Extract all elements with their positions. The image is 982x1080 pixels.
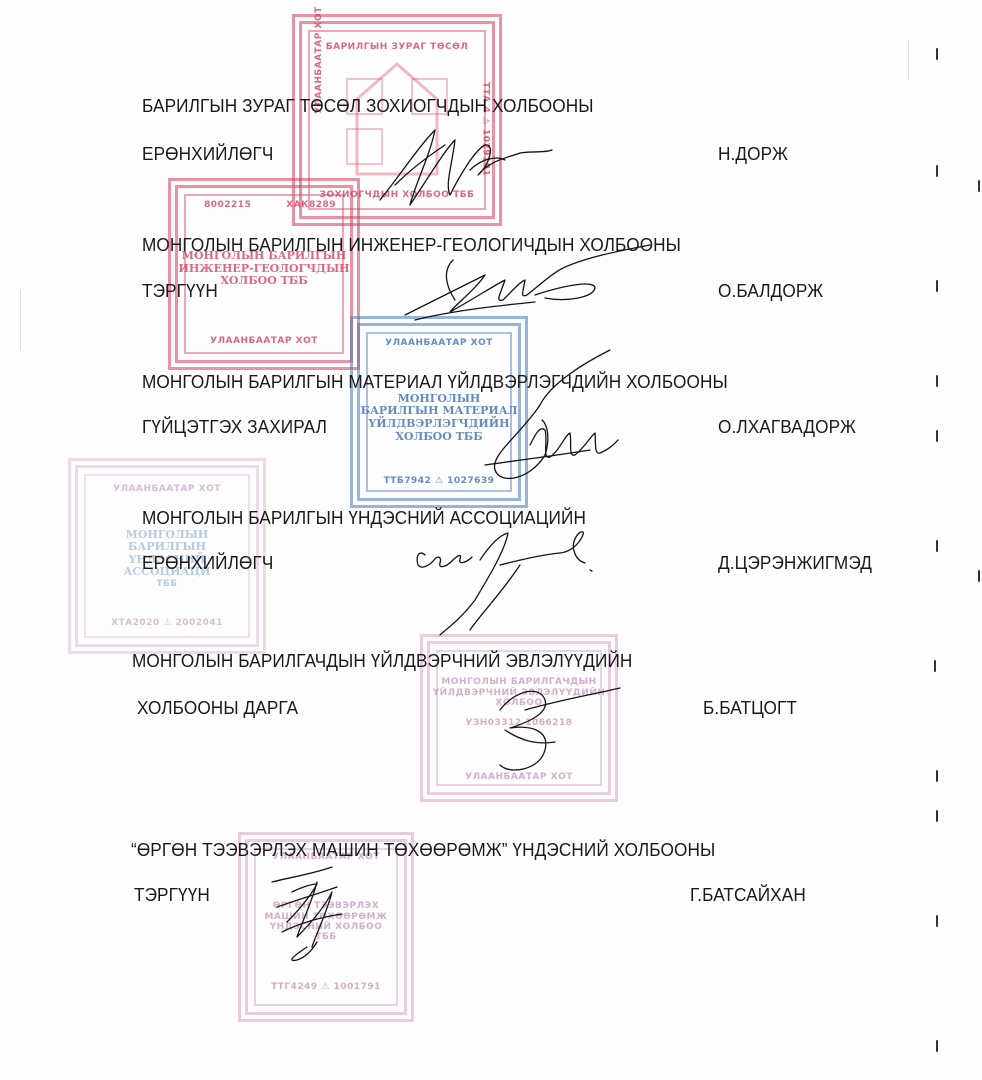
signatory-3-title: ГҮЙЦЭТГЭХ ЗАХИРАЛ xyxy=(142,416,327,438)
binding-mark xyxy=(936,770,938,782)
signatory-4-title: ЕРӨНХИЙЛӨГЧ xyxy=(142,552,273,574)
binding-mark xyxy=(936,48,938,60)
signatory-3-organization: МОНГОЛЫН БАРИЛГЫН МАТЕРИАЛ ҮЙЛДВЭРЛЭГЧДИ… xyxy=(142,371,728,393)
binding-mark xyxy=(936,540,938,552)
signatory-2-title: ТЭРГҮҮН xyxy=(142,280,218,302)
signatory-6-title: ТЭРГҮҮН xyxy=(134,884,210,906)
stamp-text: ХТА2020 ⚠ 2002041 xyxy=(111,618,223,628)
signatory-2-name: О.БАЛДОРЖ xyxy=(718,280,823,302)
binding-mark xyxy=(936,280,938,292)
binding-mark xyxy=(934,660,936,672)
signature-6-icon xyxy=(262,862,372,972)
binding-mark xyxy=(978,570,980,582)
signatory-3-name: О.ЛХАГВАДОРЖ xyxy=(718,416,856,438)
signatory-1-organization: БАРИЛГЫН ЗУРАГ ТӨСӨЛ ЗОХИОГЧДЫН ХОЛБООНЫ xyxy=(142,95,594,117)
binding-mark xyxy=(936,915,938,927)
binding-mark xyxy=(936,375,938,387)
signatory-6-organization: “ӨРГӨН ТЭЭВЭРЛЭХ МАШИН ТӨХӨӨРӨМЖ” ҮНДЭСН… xyxy=(131,839,715,861)
signatory-5-title: ХОЛБООНЫ ДАРГА xyxy=(137,697,298,719)
stamp-text: УЛААНБААТАР ХОТ xyxy=(113,484,221,494)
signatory-6-name: Г.БАТСАЙХАН xyxy=(690,884,806,906)
signature-2-icon xyxy=(395,240,655,325)
signature-page: БАРИЛГЫН ЗУРАГ ТӨСӨЛ УЛААНБААТАР ХОТ ЗОХ… xyxy=(0,0,982,1080)
stamp-2: 8002215 ХАК8289 МОНГОЛЫН БАРИЛГЫН ИНЖЕНЕ… xyxy=(168,178,360,370)
stamp-text: ХАК8289 xyxy=(286,200,336,210)
signatory-1-title: ЕРӨНХИЙЛӨГЧ xyxy=(142,143,273,165)
stamp-text: 8002215 xyxy=(204,200,251,210)
stamp-text: ТББ xyxy=(156,579,177,589)
scan-artifact xyxy=(908,40,909,80)
binding-mark xyxy=(936,810,938,822)
signature-3-icon xyxy=(470,345,630,495)
stamp-text: БАРИЛГЫН ЗУРАГ ТӨСӨЛ xyxy=(326,42,468,52)
stamp-text: ХОЛБОО ТББ xyxy=(220,275,307,288)
binding-mark xyxy=(936,1040,938,1052)
stamp-text: ТТГ4249 ⚠ 1001791 xyxy=(271,982,381,992)
stamp-text: УЛААНБААТАР ХОТ xyxy=(210,336,318,346)
binding-mark xyxy=(936,430,938,442)
signatory-1-name: Н.ДОРЖ xyxy=(718,143,788,165)
scan-artifact xyxy=(20,290,21,350)
signatory-4-name: Д.ЦЭРЭНЖИГМЭД xyxy=(718,552,872,574)
signature-4-icon xyxy=(400,525,620,640)
signatory-5-name: Б.БАТЦОГТ xyxy=(703,697,797,719)
signature-5-icon xyxy=(460,670,630,780)
signature-1-icon xyxy=(360,115,560,215)
binding-mark xyxy=(978,180,980,192)
signatory-5-organization: МОНГОЛЫН БАРИЛГАЧДЫН ҮЙЛДВЭРЧНИЙ ЭВЛЭЛҮҮ… xyxy=(132,650,632,672)
binding-mark xyxy=(936,165,938,177)
